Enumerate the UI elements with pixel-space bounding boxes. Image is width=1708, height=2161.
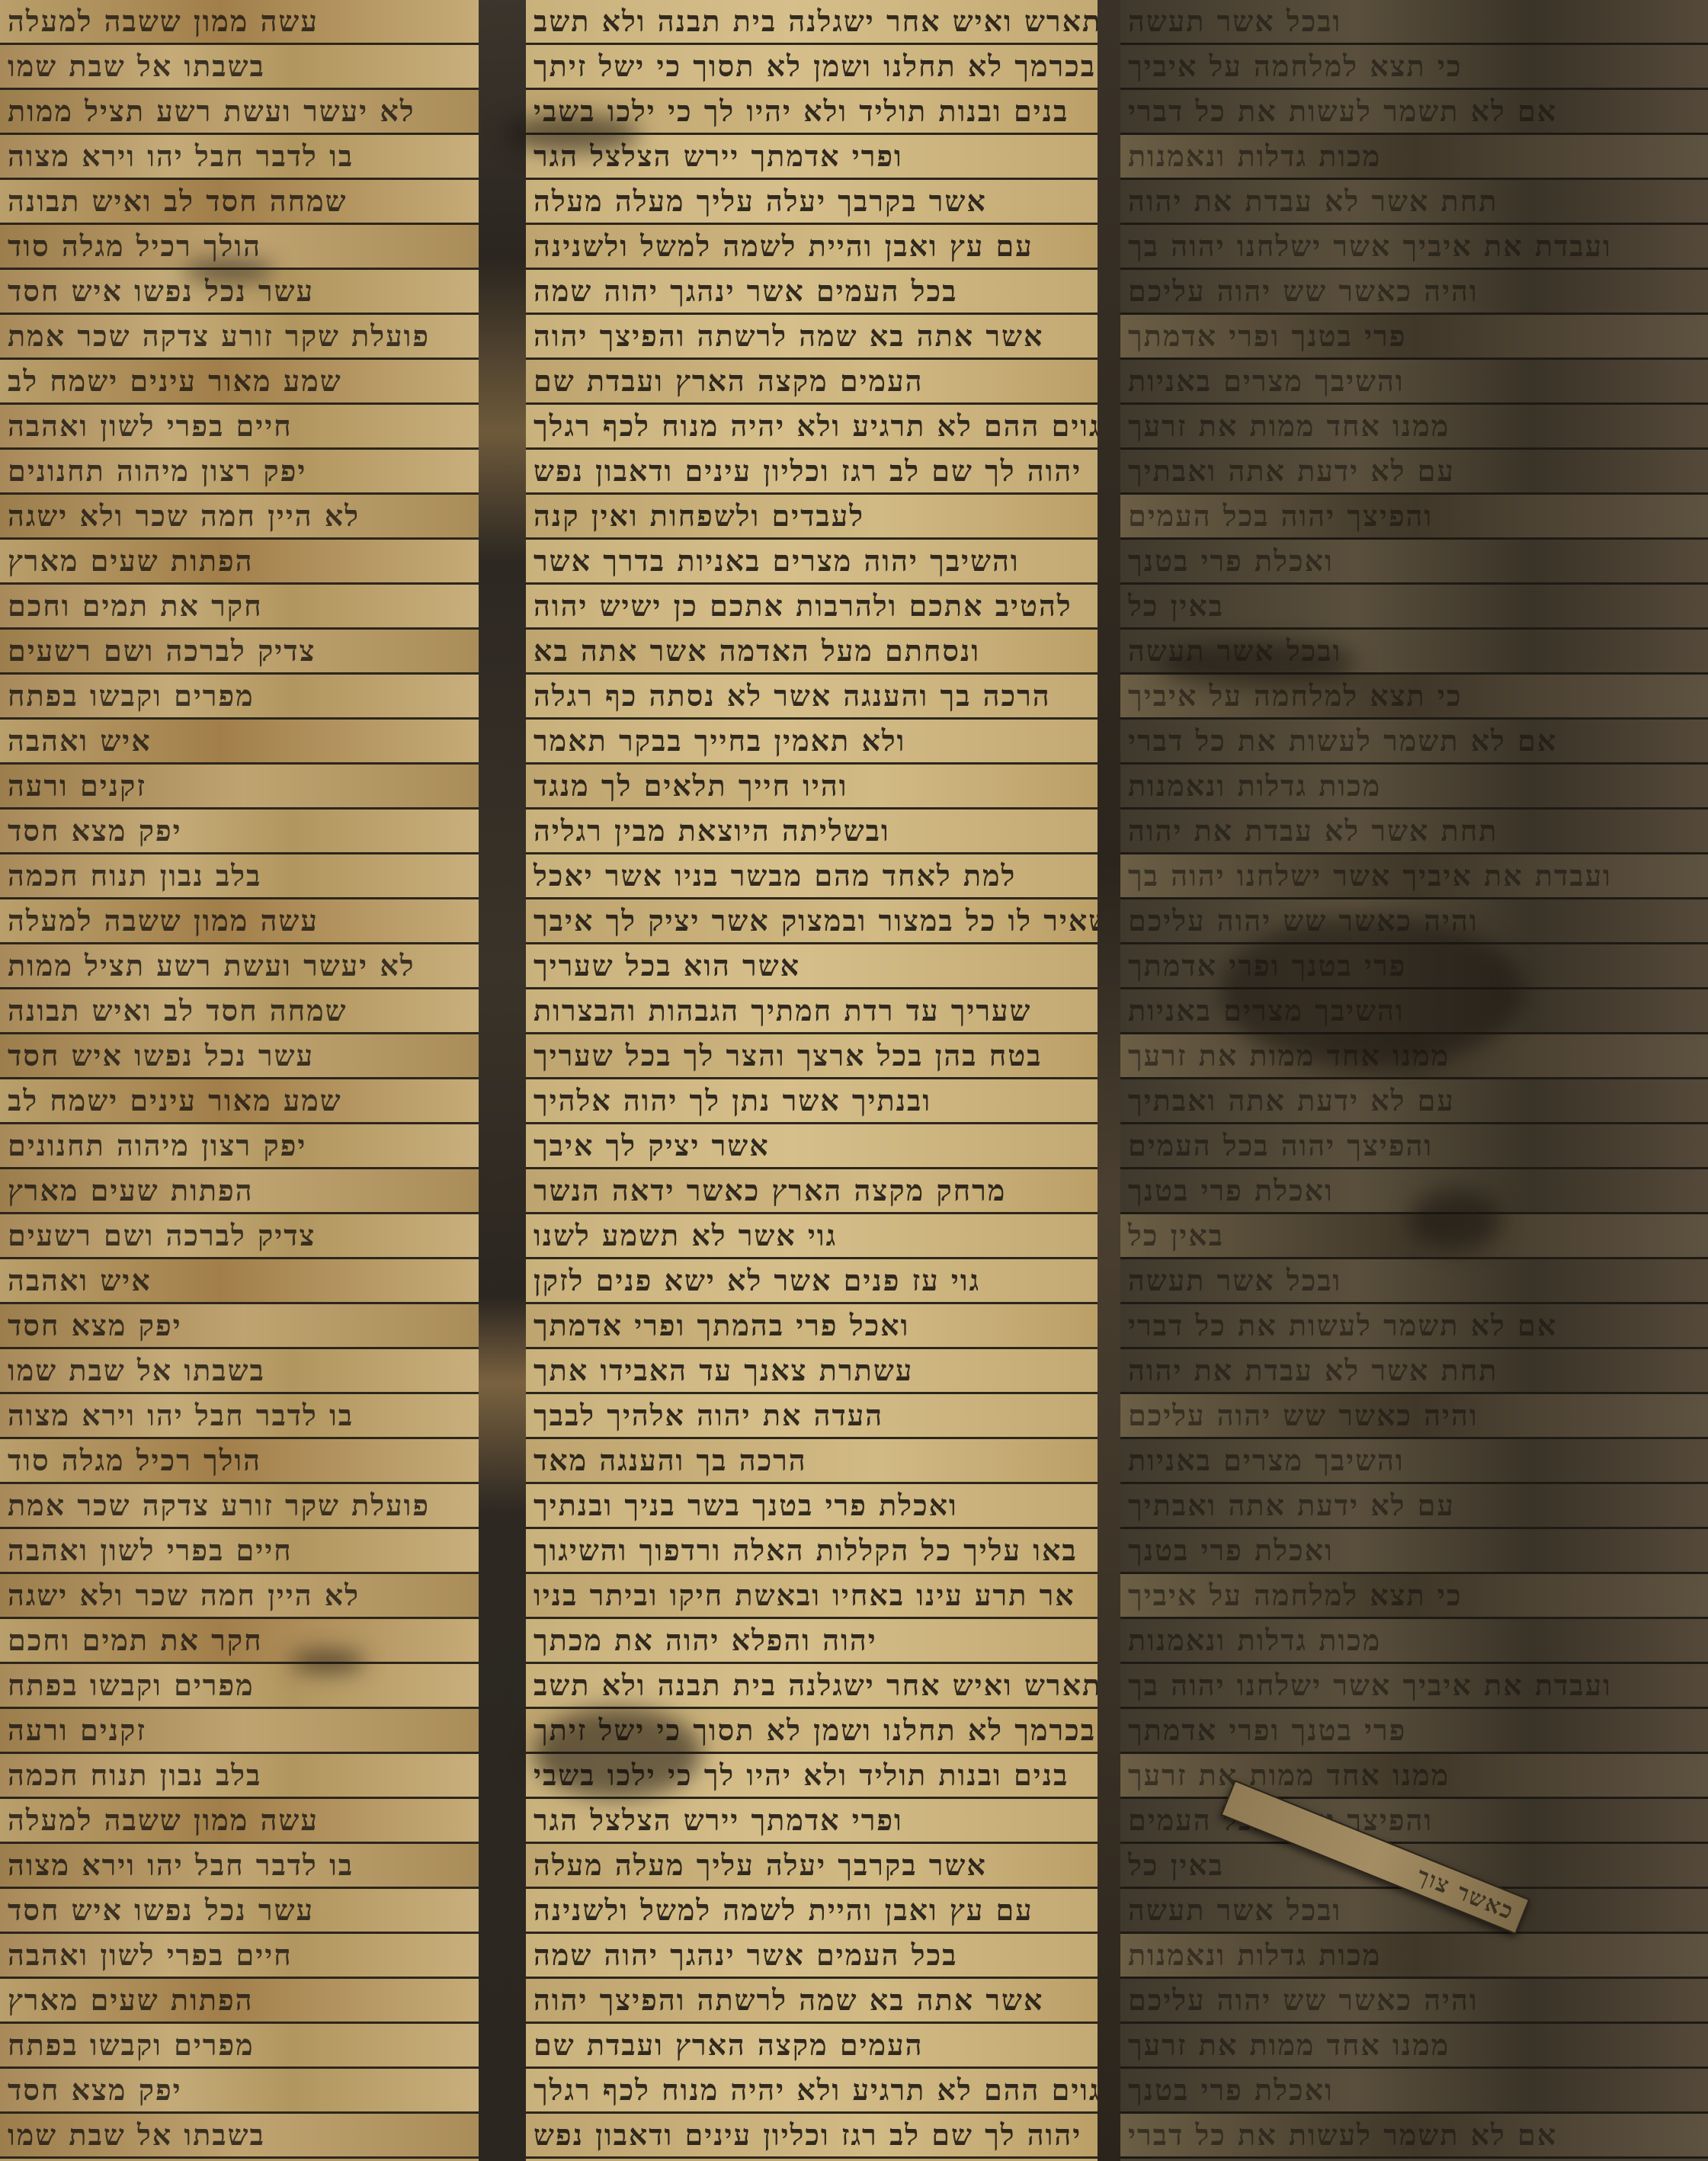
hebrew-line: לא היין חמה שכר ולא ישגה	[8, 499, 360, 534]
manuscript-photo: עשה ממון ששבה למעלה בשבתו אל שבת שמו לא …	[0, 0, 1708, 2161]
hebrew-line: באין כל	[1128, 1848, 1224, 1883]
hebrew-line: זקנים ורעה	[8, 1713, 146, 1748]
hebrew-line: הרכה בך והענגה אשר לא נסתה כף רגלה	[534, 678, 1051, 713]
parchment-strip: צדיק לברכה ושם רשעים	[0, 1214, 488, 1259]
parchment-strip: והשיבך מצרים באניות	[1120, 1439, 1708, 1484]
hebrew-line: עם עץ ואבן והיית לשמה למשל ולשנינה	[534, 1893, 1033, 1928]
parchment-strip: ולא תאמין בחייך בבקר תאמר	[526, 720, 1113, 765]
parchment-strip: עשה ממון ששבה למעלה	[0, 1799, 488, 1844]
hebrew-line: תחת אשר לא עבדת את יהוה	[1128, 184, 1498, 219]
hebrew-line: תחת אשר לא עבדת את יהוה	[1128, 1353, 1498, 1388]
parchment-strip: בלב נבון תנוח חכמה	[0, 854, 488, 899]
parchment-strip: אם לא תשמר לעשות את כל דברי	[1120, 720, 1708, 765]
parchment-strip: עשר נכל נפשו איש חסד	[0, 1034, 488, 1079]
parchment-strip: מכות גדלות ונאמנות	[1120, 135, 1708, 180]
hebrew-line: חיים בפרי לשון ואהבה	[8, 1938, 293, 1973]
hebrew-line: אם לא תשמר לעשות את כל דברי	[1128, 2118, 1557, 2153]
hebrew-line: מכות גדלות ונאמנות	[1128, 1623, 1381, 1658]
parchment-strip: ואכל פרי בהמתך ופרי אדמתך	[526, 1304, 1113, 1349]
parchment-strip: תארש ואיש אחר ישגלנה בית תבנה ולא תשב	[526, 1664, 1113, 1709]
hebrew-line: שמחה חסד לב ואיש תבונה	[8, 993, 348, 1028]
hebrew-line: איש ואהבה	[8, 1263, 152, 1298]
parchment-strip: הרכה בך והענגה מאד	[526, 1439, 1113, 1484]
hebrew-line: ונסחתם מעל האדמה אשר אתה בא	[534, 633, 980, 668]
ink-stain	[290, 1650, 366, 1673]
parchment-strip: מכות גדלות ונאמנות	[1120, 1619, 1708, 1664]
parchment-strip: מכות גדלות ונאמנות	[1120, 765, 1708, 810]
ink-stain	[1410, 1189, 1501, 1250]
parchment-strip: בטח בהן בכל ארצך והצר לך בכל שעריך	[526, 1034, 1113, 1079]
hebrew-line: חקר את תמים וחכם	[8, 1623, 263, 1658]
hebrew-line: ואכלת פרי בטנך	[1128, 543, 1334, 579]
parchment-strip: בשבתו אל שבת שמו	[0, 2114, 488, 2159]
parchment-strip: לא היין חמה שכר ולא ישגה	[0, 1574, 488, 1619]
middle-column: תארש ואיש אחר ישגלנה בית תבנה ולא תשב בכ…	[526, 0, 1113, 2161]
hebrew-line: והיה כאשר שש יהוה עליכם	[1128, 1983, 1479, 2018]
parchment-strip: זקנים ורעה	[0, 765, 488, 810]
hebrew-line: ובכל אשר תעשה	[1128, 4, 1341, 39]
parchment-strip: בכל העמים אשר ינהגך יהוה שמה	[526, 1934, 1113, 1979]
hebrew-line: עשתרת צאנך עד האבידו אתך	[534, 1353, 913, 1388]
parchment-strip: אשר בקרבך יעלה עליך מעלה מעלה	[526, 1844, 1113, 1889]
parchment-strip: ואכלת פרי בטנך	[1120, 2069, 1708, 2114]
parchment-strip: בשבתו אל שבת שמו	[0, 45, 488, 90]
hebrew-line: הולך רכיל מגלה סוד	[8, 1443, 261, 1478]
hebrew-line: זקנים ורעה	[8, 768, 146, 803]
parchment-strip: ובנתיך אשר נתן לך יהוה אלהיך	[526, 1079, 1113, 1124]
parchment-strip: תחת אשר לא עבדת את יהוה	[1120, 1349, 1708, 1394]
hebrew-line: הפתות שעים מארץ	[8, 1983, 254, 2018]
parchment-strip: עשר נכל נפשו איש חסד	[0, 1889, 488, 1934]
hebrew-line: בשבתו אל שבת שמו	[8, 1353, 265, 1388]
hebrew-line: עם לא ידעת אתה ואבתיך	[1128, 1488, 1455, 1523]
hebrew-line: שמחה חסד לב ואיש תבונה	[8, 184, 348, 219]
parchment-strip: כי תצא למלחמה על איביך	[1120, 1574, 1708, 1619]
parchment-strip: בשבתו אל שבת שמו	[0, 1349, 488, 1394]
hebrew-line: אשר אתה בא שמה לרשתה והפיצך יהוה	[534, 1983, 1043, 2018]
parchment-strip: אם לא תשמר לעשות את כל דברי	[1120, 90, 1708, 135]
parchment-strip: עם לא ידעת אתה ואבתיך	[1120, 1079, 1708, 1124]
hebrew-line: ואכלת פרי בטנך	[1128, 2073, 1334, 2108]
hebrew-line: והיה כאשר שש יהוה עליכם	[1128, 1398, 1479, 1433]
parchment-strip: בגוים ההם לא תרגיע ולא יהיה מנוח לכף רגל…	[526, 405, 1113, 450]
parchment-strip: מכות גדלות ונאמנות	[1120, 1934, 1708, 1979]
parchment-strip: ועבדת את איביך אשר ישלחנו יהוה בך	[1120, 854, 1708, 899]
parchment-strip: עם לא ידעת אתה ואבתיך	[1120, 450, 1708, 495]
hebrew-line: למת לאחד מהם מבשר בניו אשר יאכל	[534, 858, 1016, 893]
parchment-strip: בו לדבר חבל יהו וירא מצוה	[0, 1844, 488, 1889]
hebrew-line: ועבדת את איביך אשר ישלחנו יהוה בך	[1128, 858, 1612, 893]
hebrew-line: ובכל אשר תעשה	[1128, 1263, 1341, 1298]
parchment-strip: הולך רכיל מגלה סוד	[0, 1439, 488, 1484]
parchment-strip: והפיצך יהוה בכל העמים	[1120, 1124, 1708, 1169]
hebrew-line: תחת אשר לא עבדת את יהוה	[1128, 813, 1498, 848]
hebrew-line: פרי בטנך ופרי אדמתך	[1128, 1713, 1406, 1748]
hebrew-line: יפק רצון מיהוה תחנונים	[8, 1128, 306, 1163]
hebrew-line: השאיר לו כל במצור ובמצוק אשר יציק לך איב…	[534, 903, 1113, 938]
parchment-strip: אר תרע עינו באחיו ובאשת חיקו וביתר בניו	[526, 1574, 1113, 1619]
hebrew-line: לעבדים ולשפחות ואין קנה	[534, 499, 864, 534]
parchment-strip: צדיק לברכה ושם רשעים	[0, 630, 488, 675]
parchment-strip: מרחק מקצה הארץ כאשר ידאה הנשר	[526, 1169, 1113, 1214]
hebrew-line: גוי עז פנים אשר לא ישא פנים לזקן	[534, 1263, 980, 1298]
hebrew-line: ועבדת את איביך אשר ישלחנו יהוה בך	[1128, 229, 1612, 264]
hebrew-line: ובנתיך אשר נתן לך יהוה אלהיך	[534, 1083, 931, 1118]
hebrew-line: אר תרע עינו באחיו ובאשת חיקו וביתר בניו	[534, 1578, 1075, 1613]
ink-stain	[534, 1707, 701, 1799]
hebrew-line: העמים מקצה הארץ ועבדת שם	[534, 2028, 923, 2063]
hebrew-line: ממנו אחד ממות את זרעך	[1128, 1758, 1450, 1793]
hebrew-line: צדיק לברכה ושם רשעים	[8, 633, 316, 668]
parchment-strip: לא יעשר ועשת רשע תציל ממות	[0, 90, 488, 135]
ink-stain	[1158, 640, 1357, 686]
hebrew-line: חיים בפרי לשון ואהבה	[8, 1533, 293, 1568]
parchment-strip: להטיב אתכם ולהרבות אתכם כן ישיש יהוה	[526, 585, 1113, 630]
parchment-strip: העמים מקצה הארץ ועבדת שם	[526, 2024, 1113, 2069]
hebrew-line: בגוים ההם לא תרגיע ולא יהיה מנוח לכף רגל…	[534, 2073, 1113, 2108]
parchment-strip: יהוה והפלא יהוה את מכתך	[526, 1619, 1113, 1664]
hebrew-line: עם לא ידעת אתה ואבתיך	[1128, 454, 1455, 489]
parchment-strip: עם עץ ואבן והיית לשמה למשל ולשנינה	[526, 225, 1113, 270]
right-strips: ובכל אשר תעשה כי תצא למלחמה על איביך אם …	[1120, 0, 1708, 2161]
hebrew-line: באין כל	[1128, 588, 1224, 624]
parchment-strip: איש ואהבה	[0, 1259, 488, 1304]
hebrew-line: בלב נבון תנוח חכמה	[8, 1758, 261, 1793]
parchment-strip: אשר בקרבך יעלה עליך מעלה מעלה	[526, 180, 1113, 225]
hebrew-line: ואכלת פרי בטנך	[1128, 1173, 1334, 1208]
hebrew-line: פועלת שקר זורע צדקה שכר אמת	[8, 1488, 430, 1523]
hebrew-line: צדיק לברכה ושם רשעים	[8, 1218, 316, 1253]
hebrew-line: עשר נכל נפשו איש חסד	[8, 274, 314, 309]
parchment-strip: חקר את תמים וחכם	[0, 1619, 488, 1664]
hebrew-line: בכרמך לא תחלנו ושמן לא תסוך כי ישל זיתך	[534, 49, 1096, 84]
hebrew-line: עשה ממון ששבה למעלה	[8, 903, 319, 938]
hebrew-line: ואכלת פרי בטנך בשר בניך ובנתיך	[534, 1488, 958, 1523]
parchment-strip: והשיבך מצרים באניות	[1120, 360, 1708, 405]
hebrew-line: ועבדת את איביך אשר ישלחנו יהוה בך	[1128, 1668, 1612, 1703]
parchment-strip: פרי בטנך ופרי אדמתך	[1120, 315, 1708, 360]
parchment-strip: פועלת שקר זורע צדקה שכר אמת	[0, 315, 488, 360]
hebrew-line: תארש ואיש אחר ישגלנה בית תבנה ולא תשב	[534, 4, 1101, 39]
hebrew-line: בו לדבר חבל יהו וירא מצוה	[8, 139, 354, 174]
hebrew-line: בכל העמים אשר ינהגך יהוה שמה	[534, 274, 957, 309]
parchment-strip: אם לא תשמר לעשות את כל דברי	[1120, 2114, 1708, 2159]
parchment-strip: יפק רצון מיהוה תחנונים	[0, 450, 488, 495]
hebrew-line: ממנו אחד ממות את זרעך	[1128, 409, 1450, 444]
hebrew-line: עשר נכל נפשו איש חסד	[8, 1893, 314, 1928]
parchment-strip: תחת אשר לא עבדת את יהוה	[1120, 810, 1708, 854]
parchment-strip: בו לדבר חבל יהו וירא מצוה	[0, 135, 488, 180]
hebrew-line: יפק רצון מיהוה תחנונים	[8, 454, 306, 489]
parchment-strip: ובכל אשר תעשה	[1120, 1889, 1708, 1934]
hebrew-line: תארש ואיש אחר ישגלנה בית תבנה ולא תשב	[534, 1668, 1101, 1703]
parchment-strip: לעבדים ולשפחות ואין קנה	[526, 495, 1113, 540]
hebrew-line: פרי בטנך ופרי אדמתך	[1128, 319, 1406, 354]
hebrew-line: בכל העמים אשר ינהגך יהוה שמה	[534, 1938, 957, 1973]
parchment-strip: זקנים ורעה	[0, 1709, 488, 1754]
hebrew-line: כי תצא למלחמה על איביך	[1128, 1578, 1462, 1613]
hebrew-line: לא יעשר ועשת רשע תציל ממות	[8, 948, 415, 983]
parchment-strip: אשר אתה בא שמה לרשתה והפיצך יהוה	[526, 1979, 1113, 2024]
hebrew-line: חקר את תמים וחכם	[8, 588, 263, 624]
parchment-strip: ובשליתה היוצאת מבין רגליה	[526, 810, 1113, 854]
parchment-strip: ועבדת את איביך אשר ישלחנו יהוה בך	[1120, 1664, 1708, 1709]
parchment-strip: אשר אתה בא שמה לרשתה והפיצך יהוה	[526, 315, 1113, 360]
parchment-strip: ממנו אחד ממות את זרעך	[1120, 405, 1708, 450]
hebrew-line: גוי אשר לא תשמע לשנו	[534, 1218, 837, 1253]
parchment-strip: העדה את יהוה אלהיך לבבך	[526, 1394, 1113, 1439]
parchment-strip: עם לא ידעת אתה ואבתיך	[1120, 1484, 1708, 1529]
hebrew-line: יפק מצא חסד	[8, 1308, 182, 1343]
parchment-strip: שמחה חסד לב ואיש תבונה	[0, 989, 488, 1034]
parchment-strip: חיים בפרי לשון ואהבה	[0, 1529, 488, 1574]
parchment-strip: איש ואהבה	[0, 720, 488, 765]
hebrew-line: העמים מקצה הארץ ועבדת שם	[534, 364, 923, 399]
hebrew-line: יפק מצא חסד	[8, 813, 182, 848]
parchment-strip: פרי בטנך ופרי אדמתך	[1120, 1709, 1708, 1754]
hebrew-line: אשר בקרבך יעלה עליך מעלה מעלה	[534, 184, 987, 219]
parchment-strip: יפק מצא חסד	[0, 810, 488, 854]
middle-strips: תארש ואיש אחר ישגלנה בית תבנה ולא תשב בכ…	[526, 0, 1113, 2161]
parchment-strip: ובכל אשר תעשה	[1120, 1259, 1708, 1304]
ink-stain	[503, 114, 640, 152]
hebrew-line: מפרים וקבשו בפתח	[8, 1668, 255, 1703]
hebrew-line: אם לא תשמר לעשות את כל דברי	[1128, 723, 1557, 758]
parchment-strip: ועבדת את איביך אשר ישלחנו יהוה בך	[1120, 225, 1708, 270]
hebrew-line: עם עץ ואבן והיית לשמה למשל ולשנינה	[534, 229, 1033, 264]
parchment-strip: תחת אשר לא עבדת את יהוה	[1120, 180, 1708, 225]
left-strips: עשה ממון ששבה למעלה בשבתו אל שבת שמו לא …	[0, 0, 488, 2161]
parchment-strip: מפרים וקבשו בפתח	[0, 2024, 488, 2069]
hebrew-line: עשה ממון ששבה למעלה	[8, 1803, 319, 1838]
hebrew-line: להטיב אתכם ולהרבות אתכם כן ישיש יהוה	[534, 588, 1072, 624]
hebrew-line: אם לא תשמר לעשות את כל דברי	[1128, 1308, 1557, 1343]
hebrew-line: אשר הוא בכל שעריך	[534, 948, 800, 983]
parchment-strip: בכל העמים אשר ינהגך יהוה שמה	[526, 270, 1113, 315]
parchment-strip: והפיצך יהוה בכל העמים	[1120, 495, 1708, 540]
parchment-strip: עשתרת צאנך עד האבידו אתך	[526, 1349, 1113, 1394]
hebrew-line: אשר אתה בא שמה לרשתה והפיצך יהוה	[534, 319, 1043, 354]
parchment-strip: ואכלת פרי בטנך	[1120, 540, 1708, 585]
hebrew-line: בו לדבר חבל יהו וירא מצוה	[8, 1398, 354, 1433]
parchment-strip: למת לאחד מהם מבשר בניו אשר יאכל	[526, 854, 1113, 899]
ink-stain	[1219, 915, 1524, 1067]
hebrew-line: עשר נכל נפשו איש חסד	[8, 1038, 314, 1073]
hebrew-line: והיה כאשר שש יהוה עליכם	[1128, 274, 1479, 309]
hebrew-line: בטח בהן בכל ארצך והצר לך בכל שעריך	[534, 1038, 1042, 1073]
parchment-strip: שמע מאור עינים ישמח לב	[0, 1079, 488, 1124]
hebrew-line: ובשליתה היוצאת מבין רגליה	[534, 813, 890, 848]
left-column: עשה ממון ששבה למעלה בשבתו אל שבת שמו לא …	[0, 0, 488, 2161]
parchment-strip: ובכל אשר תעשה	[1120, 0, 1708, 45]
hebrew-line: העדה את יהוה אלהיך לבבך	[534, 1398, 883, 1433]
hebrew-line: הפתות שעים מארץ	[8, 543, 254, 579]
hebrew-line: כי תצא למלחמה על איביך	[1128, 49, 1462, 84]
parchment-strip: ואכלת פרי בטנך	[1120, 1529, 1708, 1574]
hebrew-line: שמע מאור עינים ישמח לב	[8, 1083, 342, 1118]
hebrew-line: עם לא ידעת אתה ואבתיך	[1128, 1083, 1455, 1118]
hebrew-line: לא היין חמה שכר ולא ישגה	[8, 1578, 360, 1613]
hebrew-line: והשיבך מצרים באניות	[1128, 364, 1405, 399]
parchment-strip: תארש ואיש אחר ישגלנה בית תבנה ולא תשב	[526, 0, 1113, 45]
parchment-strip: ואכלת פרי בטנך בשר בניך ובנתיך	[526, 1484, 1113, 1529]
parchment-strip: מפרים וקבשו בפתח	[0, 1664, 488, 1709]
parchment-strip: אם לא תשמר לעשות את כל דברי	[1120, 1304, 1708, 1349]
parchment-strip: הפתות שעים מארץ	[0, 1979, 488, 2024]
parchment-strip: והיה כאשר שש יהוה עליכם	[1120, 1394, 1708, 1439]
hebrew-line: שעריך עד רדת חמתיך הגבהות והבצרות	[534, 993, 1031, 1028]
parchment-strip: והפיצך יהוה בכל העמים	[1120, 1799, 1708, 1844]
parchment-strip: בלב נבון תנוח חכמה	[0, 1754, 488, 1799]
parchment-strip: ממנו אחד ממות את זרעך	[1120, 2024, 1708, 2069]
hebrew-line: יפק מצא חסד	[8, 2073, 182, 2108]
hebrew-line: והפיצך יהוה בכל העמים	[1128, 499, 1433, 534]
parchment-strip: והיה כאשר שש יהוה עליכם	[1120, 270, 1708, 315]
hebrew-line: והשיבך מצרים באניות	[1128, 1443, 1405, 1478]
hebrew-line: מפרים וקבשו בפתח	[8, 2028, 255, 2063]
hebrew-line: בגוים ההם לא תרגיע ולא יהיה מנוח לכף רגל…	[534, 409, 1113, 444]
hebrew-line: יהוה והפלא יהוה את מכתך	[534, 1623, 877, 1658]
hebrew-line: באו עליך כל הקללות האלה ורדפוך והשיגוך	[534, 1533, 1078, 1568]
parchment-strip: יפק רצון מיהוה תחנונים	[0, 1124, 488, 1169]
hebrew-line: בשבתו אל שבת שמו	[8, 49, 265, 84]
hebrew-line: מרחק מקצה הארץ כאשר ידאה הנשר	[534, 1173, 1006, 1208]
hebrew-line: בלב נבון תנוח חכמה	[8, 858, 261, 893]
parchment-strip: ממנו אחד ממות את זרעך	[1120, 1754, 1708, 1799]
parchment-strip: ונסחתם מעל האדמה אשר אתה בא	[526, 630, 1113, 675]
hebrew-line: חיים בפרי לשון ואהבה	[8, 409, 293, 444]
parchment-strip: והיו חייך תלאים לך מנגד	[526, 765, 1113, 810]
parchment-strip: יפק מצא חסד	[0, 1304, 488, 1349]
hebrew-line: הרכה בך והענגה מאד	[534, 1443, 807, 1478]
hebrew-line: מכות גדלות ונאמנות	[1128, 139, 1381, 174]
hebrew-line: בו לדבר חבל יהו וירא מצוה	[8, 1848, 354, 1883]
parchment-strip: אשר הוא בכל שעריך	[526, 944, 1113, 989]
hebrew-line: ואכלת פרי בטנך	[1128, 1533, 1334, 1568]
parchment-strip: בכרמך לא תחלנו ושמן לא תסוך כי ישל זיתך	[526, 45, 1113, 90]
hebrew-line: ובכל אשר תעשה	[1128, 1893, 1341, 1928]
hebrew-line: והפיצך יהוה בכל העמים	[1128, 1128, 1433, 1163]
hebrew-line: איש ואהבה	[8, 723, 152, 758]
parchment-strip: מפרים וקבשו בפתח	[0, 675, 488, 720]
hebrew-line: עשה ממון ששבה למעלה	[8, 4, 319, 39]
hebrew-line: אשר יציק לך איבך	[534, 1128, 770, 1163]
parchment-strip: עשה ממון ששבה למעלה	[0, 899, 488, 944]
hebrew-line: ופרי אדמתך יירש הצלצל הגר	[534, 1803, 903, 1838]
hebrew-line: ואכל פרי בהמתך ופרי אדמתך	[534, 1308, 909, 1343]
parchment-strip: באו עליך כל הקללות האלה ורדפוך והשיגוך	[526, 1529, 1113, 1574]
parchment-strip: שעריך עד רדת חמתיך הגבהות והבצרות	[526, 989, 1113, 1034]
parchment-strip: עם עץ ואבן והיית לשמה למשל ולשנינה	[526, 1889, 1113, 1934]
parchment-strip: והשיבך יהוה מצרים באניות בדרך אשר	[526, 540, 1113, 585]
parchment-strip: פועלת שקר זורע צדקה שכר אמת	[0, 1484, 488, 1529]
parchment-strip: ופרי אדמתך יירש הצלצל הגר	[526, 1799, 1113, 1844]
hebrew-line: יהוה לך שם לב רגז וכליון עינים ודאבון נפ…	[534, 2118, 1082, 2153]
hebrew-line: ממנו אחד ממות את זרעך	[1128, 2028, 1450, 2063]
hebrew-line: והשיבך יהוה מצרים באניות בדרך אשר	[534, 543, 1020, 579]
parchment-strip: באין כל	[1120, 585, 1708, 630]
parchment-strip: כי תצא למלחמה על איביך	[1120, 45, 1708, 90]
parchment-strip: חיים בפרי לשון ואהבה	[0, 1934, 488, 1979]
hebrew-line: באין כל	[1128, 1218, 1224, 1253]
parchment-strip: יהוה לך שם לב רגז וכליון עינים ודאבון נפ…	[526, 2114, 1113, 2159]
parchment-strip: לא יעשר ועשת רשע תציל ממות	[0, 944, 488, 989]
hebrew-line: הפתות שעים מארץ	[8, 1173, 254, 1208]
parchment-strip: חקר את תמים וחכם	[0, 585, 488, 630]
parchment-strip: בו לדבר חבל יהו וירא מצוה	[0, 1394, 488, 1439]
parchment-strip: חיים בפרי לשון ואהבה	[0, 405, 488, 450]
parchment-strip: גוי עז פנים אשר לא ישא פנים לזקן	[526, 1259, 1113, 1304]
hebrew-line: ולא תאמין בחייך בבקר תאמר	[534, 723, 905, 758]
parchment-strip: יפק מצא חסד	[0, 2069, 488, 2114]
hebrew-line: לא יעשר ועשת רשע תציל ממות	[8, 94, 415, 129]
parchment-strip: הפתות שעים מארץ	[0, 540, 488, 585]
parchment-strip: שמע מאור עינים ישמח לב	[0, 360, 488, 405]
hebrew-line: אם לא תשמר לעשות את כל דברי	[1128, 94, 1557, 129]
hebrew-line: מכות גדלות ונאמנות	[1128, 768, 1381, 803]
parchment-strip: שמחה חסד לב ואיש תבונה	[0, 180, 488, 225]
hebrew-line: בשבתו אל שבת שמו	[8, 2118, 265, 2153]
parchment-strip: והיה כאשר שש יהוה עליכם	[1120, 1979, 1708, 2024]
parchment-strip: בגוים ההם לא תרגיע ולא יהיה מנוח לכף רגל…	[526, 2069, 1113, 2114]
parchment-strip: השאיר לו כל במצור ובמצוק אשר יציק לך איב…	[526, 899, 1113, 944]
hebrew-line: והיו חייך תלאים לך מנגד	[534, 768, 848, 803]
parchment-strip: הרכה בך והענגה אשר לא נסתה כף רגלה	[526, 675, 1113, 720]
parchment-strip: אשר יציק לך איבך	[526, 1124, 1113, 1169]
hebrew-line: יהוה לך שם לב רגז וכליון עינים ודאבון נפ…	[534, 454, 1082, 489]
hebrew-line: שמע מאור עינים ישמח לב	[8, 364, 342, 399]
hebrew-line: מכות גדלות ונאמנות	[1128, 1938, 1381, 1973]
ink-stain	[183, 259, 274, 282]
parchment-strip: העמים מקצה הארץ ועבדת שם	[526, 360, 1113, 405]
hebrew-line: אשר בקרבך יעלה עליך מעלה מעלה	[534, 1848, 987, 1883]
right-column-darkened: ובכל אשר תעשה כי תצא למלחמה על איביך אם …	[1120, 0, 1708, 2161]
parchment-strip: עשה ממון ששבה למעלה	[0, 0, 488, 45]
hebrew-line: פועלת שקר זורע צדקה שכר אמת	[8, 319, 430, 354]
parchment-strip: גוי אשר לא תשמע לשנו	[526, 1214, 1113, 1259]
parchment-strip: יהוה לך שם לב רגז וכליון עינים ודאבון נפ…	[526, 450, 1113, 495]
parchment-strip: לא היין חמה שכר ולא ישגה	[0, 495, 488, 540]
parchment-strip: הפתות שעים מארץ	[0, 1169, 488, 1214]
hebrew-line: מפרים וקבשו בפתח	[8, 678, 255, 713]
